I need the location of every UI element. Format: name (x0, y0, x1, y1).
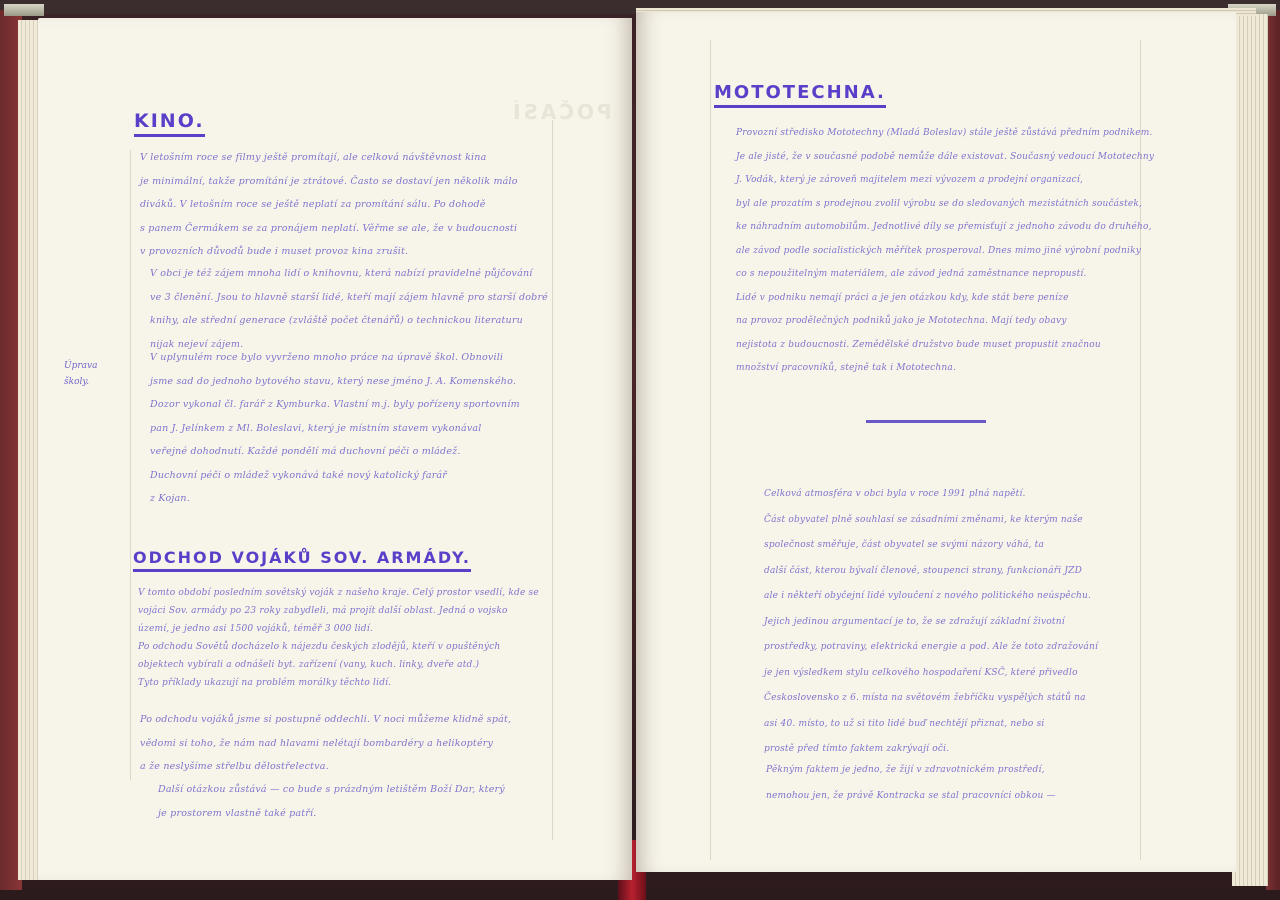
cover-right-edge (1266, 10, 1280, 890)
section-divider (866, 420, 986, 423)
mirrored-stamp: POČASÍ (510, 100, 612, 124)
kino-paragraph-2: V obci je též zájem mnoha lidí o knihovn… (150, 262, 548, 356)
atmosphere-paragraph: Celková atmosféra v obci byla v roce 199… (764, 482, 1098, 763)
odchod-paragraph-1: V tomto období posledním sovětský voják … (138, 584, 539, 692)
metal-corner-left (4, 4, 44, 16)
left-margin-rule (130, 150, 131, 780)
left-right-rule (552, 120, 553, 840)
heading-kino: KINO. (134, 110, 205, 137)
odchod-paragraph-3: Další otázkou zůstává — co bude s prázdn… (158, 778, 505, 825)
margin-note: Úprava školy. (64, 358, 97, 390)
closing-paragraph: Pěkným faktem je jedno, že žijí v zdravo… (766, 758, 1056, 809)
odchod-paragraph-2: Po odchodu vojáků jsme si postupně oddec… (140, 708, 511, 779)
kino-paragraph-1: V letošním roce se filmy ještě promítají… (140, 146, 518, 264)
page-stack-right (1232, 14, 1268, 886)
right-margin-rule (710, 40, 711, 860)
heading-odchod-vojaku: ODCHOD VOJÁKŮ SOV. ARMÁDY. (133, 548, 471, 572)
kino-paragraph-3: V uplynulém roce bylo vyvrženo mnoho prá… (150, 346, 520, 511)
heading-mototechna: MOTOTECHNA. (714, 82, 886, 108)
mototechna-paragraph: Provozní středisko Mototechny (Mladá Bol… (736, 122, 1154, 381)
